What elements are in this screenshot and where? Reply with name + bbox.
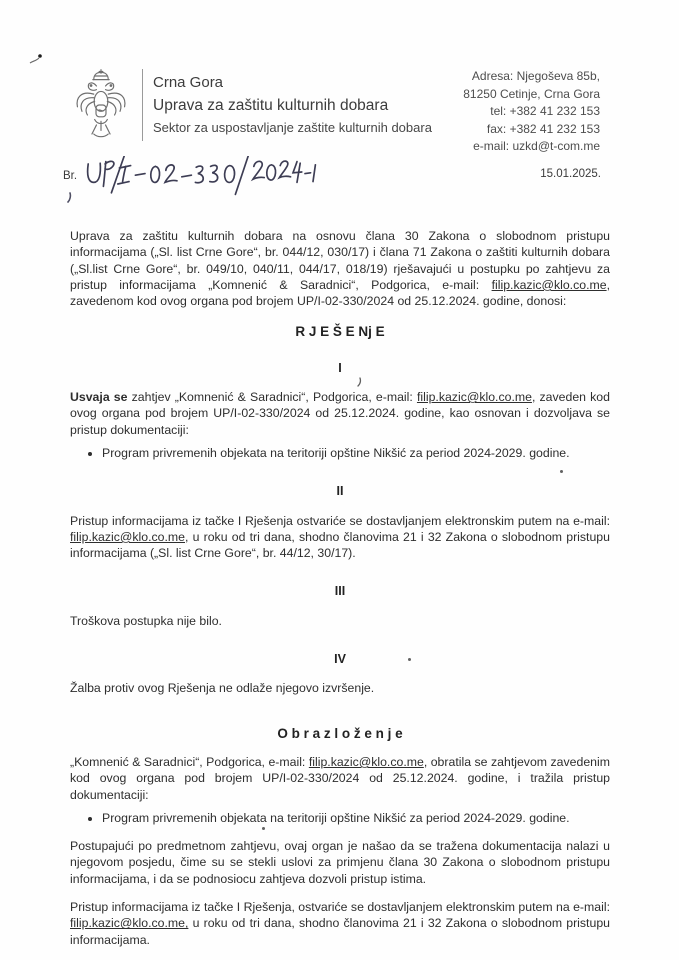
bullet-item: Program privremenih objekata na teritori… <box>102 445 610 461</box>
reference-label: Br. <box>63 170 77 182</box>
reference-row: Br. <box>63 152 601 204</box>
section-numeral-2: II <box>70 483 610 499</box>
letterhead: Crna Gora Uprava za zaštitu kulturnih do… <box>72 66 600 156</box>
section2-paragraph: Pristup informacijama iz tačke I Rješenj… <box>70 513 610 562</box>
email-link: filip.kazic@klo.co.me <box>70 530 185 544</box>
ink-speck <box>408 658 411 661</box>
explanation-p3: Pristup informacijama iz tačke I Rješenj… <box>70 899 610 948</box>
section4-paragraph: Žalba protiv ovog Rješenja ne odlaže nje… <box>70 680 610 696</box>
document-body: Uprava za zaštitu kulturnih dobara na os… <box>70 228 610 948</box>
section-numeral-1: I <box>70 360 610 376</box>
ink-comma-mark <box>66 192 74 204</box>
explanation-p1: „Komnenić & Saradnici“, Podgorica, e-mai… <box>70 754 610 803</box>
contact-fax: fax: +382 41 232 153 <box>463 121 600 139</box>
bullet-text: Program privremenih objekata na teritori… <box>102 446 570 460</box>
explanation-title: O b r a z l o ž e n j e <box>70 726 610 742</box>
section1-paragraph: Usvaja se zahtjev „Komnenić & Saradnici“… <box>70 389 610 438</box>
explanation-p3-text: Pristup informacijama iz tačke I Rješenj… <box>70 900 610 914</box>
document-date: 15.01.2025. <box>540 168 601 180</box>
explanation-p2: Postupajući po predmetnom zahtjevu, ovaj… <box>70 838 610 887</box>
ink-speck <box>262 827 265 830</box>
contact-address-line1: Adresa: Njegoševa 85b, <box>463 68 600 86</box>
coat-of-arms-icon <box>72 66 130 144</box>
email-link: filip.kazic@klo.co.me <box>417 390 532 404</box>
section-numeral-3: III <box>70 583 610 599</box>
handwritten-case-number <box>83 156 319 196</box>
contact-tel: tel: +382 41 232 153 <box>463 103 600 121</box>
section1-bullet-list: Program privremenih objekata na teritori… <box>86 445 610 461</box>
email-link: filip.kazic@klo.co.me <box>309 755 424 769</box>
section1-text: zahtjev „Komnenić & Saradnici“, Podgoric… <box>127 390 416 404</box>
document-page: Crna Gora Uprava za zaštitu kulturnih do… <box>0 0 679 960</box>
intro-paragraph: Uprava za zaštitu kulturnih dobara na os… <box>70 228 610 309</box>
explanation-p1-text: „Komnenić & Saradnici“, Podgorica, e-mai… <box>70 755 309 769</box>
explanation-bullet-list: Program privremenih objekata na teritori… <box>86 810 610 826</box>
section3-paragraph: Troškova postupka nije bilo. <box>70 613 610 629</box>
bullet-text: Program privremenih objekata na teritori… <box>102 811 570 825</box>
ink-comma-mark <box>356 376 364 388</box>
section2-text: Pristup informacijama iz tačke I Rješenj… <box>70 514 610 528</box>
letterhead-contact-block: Adresa: Njegoševa 85b, 81250 Cetinje, Cr… <box>463 66 600 156</box>
contact-address-line2: 81250 Cetinje, Crna Gora <box>463 86 600 104</box>
letterhead-divider <box>142 69 143 141</box>
letterhead-sector: Sektor za uspostavljanje zaštite kulturn… <box>153 117 432 138</box>
letterhead-organization: Uprava za zaštitu kulturnih dobara <box>153 94 432 117</box>
email-link: filip.kazic@klo.co.me <box>492 278 607 292</box>
ink-speck <box>560 470 563 473</box>
bullet-item: Program privremenih objekata na teritori… <box>102 810 610 826</box>
email-link: filip.kazic@klo.co.me, <box>70 916 188 930</box>
resolution-title: R J E Š E Nj E <box>70 324 610 340</box>
section1-bold-lead: Usvaja se <box>70 390 127 404</box>
ink-mark <box>28 50 46 66</box>
section-numeral-4: IV <box>70 651 610 667</box>
letterhead-country: Crna Gora <box>153 72 432 94</box>
